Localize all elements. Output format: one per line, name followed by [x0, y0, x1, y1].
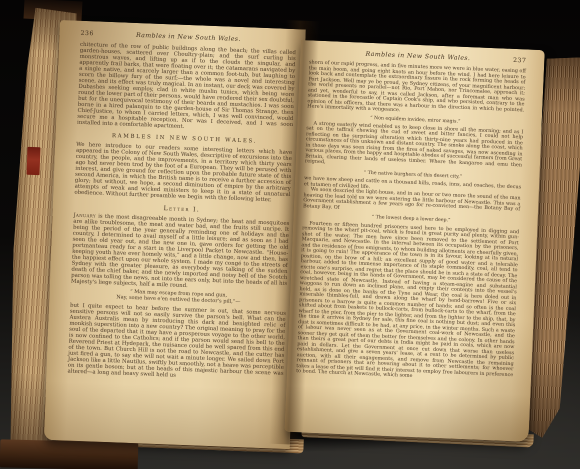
paragraph: A strong easterly wind enabled us to kee… [305, 121, 524, 174]
red-spine-label [27, 147, 41, 175]
left-running-header: Rambles in New South Wales. [96, 30, 280, 44]
header-spacer [309, 53, 325, 54]
right-page-body: shorn of our rapid progress, and in five… [296, 60, 526, 384]
paragraph: January is the most disagreeable month i… [71, 213, 290, 293]
left-page-number: 236 [80, 30, 96, 38]
leather-cover-bottom-corner [0, 439, 138, 469]
paragraph: We here introduce to our readers some in… [74, 142, 292, 204]
right-page-number: 237 [510, 57, 526, 65]
paragraph-text: is the most disagreeable month in Sydney… [71, 214, 290, 290]
paragraph: shorn of our rapid progress, and in five… [307, 60, 526, 119]
left-page-body: chitecture of the row of public building… [67, 42, 296, 383]
right-page: Rambles in New South Wales. 237 shorn of… [285, 40, 545, 442]
paragraph: but I quite expect to hear before the su… [67, 302, 286, 382]
paragraph: Fourteen or fifteen hundred prisoners us… [296, 221, 519, 384]
header-spacer [280, 42, 296, 43]
left-page: 236 Rambles in New South Wales. chitectu… [44, 20, 306, 449]
book-photograph: 236 Rambles in New South Wales. chitectu… [0, 0, 580, 469]
paragraph: chitecture of the row of public building… [77, 42, 296, 134]
